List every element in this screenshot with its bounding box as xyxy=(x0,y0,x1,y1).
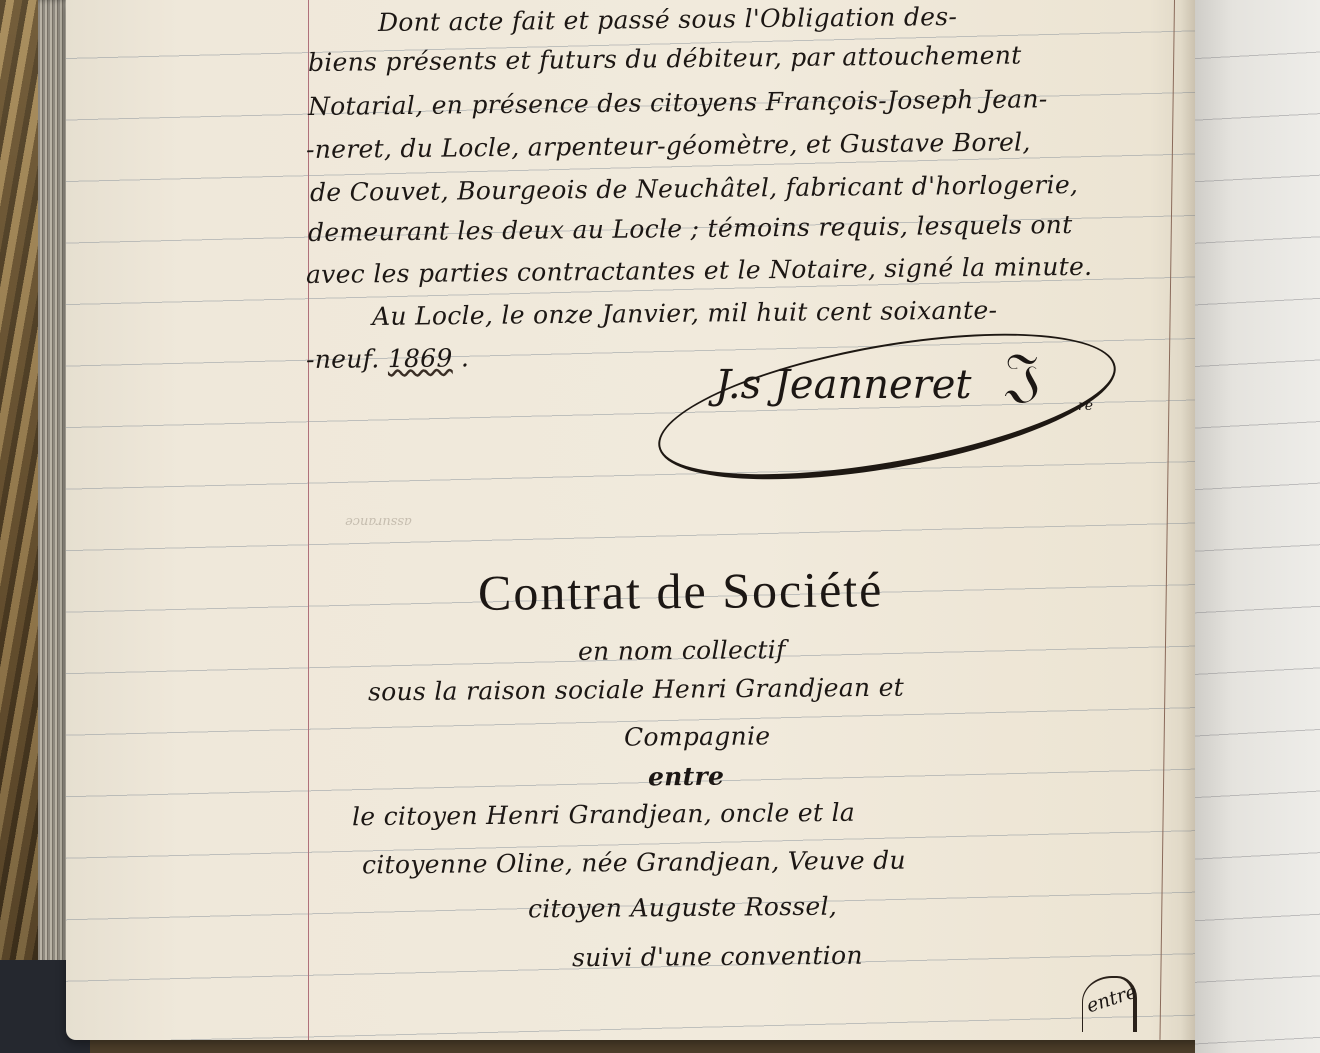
year-flourish: 1869 xyxy=(388,343,453,373)
paraph-monogram-icon: 𝔍 xyxy=(1005,340,1041,409)
signature-suffix: re xyxy=(1078,398,1093,414)
party-line-3: citoyen Auguste Rossel, xyxy=(528,892,837,924)
faint-marginal-note: assurance xyxy=(345,514,412,529)
party-line-1: le citoyen Henri Grandjean, oncle et la xyxy=(352,798,855,831)
date-prefix: -neuf. xyxy=(306,344,380,374)
act-title: Contrat de Société xyxy=(478,560,884,622)
right-page xyxy=(1195,0,1320,1053)
act-subtitle-line-2: sous la raison sociale Henri Grandjean e… xyxy=(368,673,904,707)
closing-line-1: Dont acte fait et passé sous l'Obligatio… xyxy=(378,2,957,37)
act-subtitle-line-3: Compagnie xyxy=(624,721,771,751)
party-line-2: citoyenne Oline, née Grandjean, Veuve du xyxy=(362,846,906,880)
photo-scene: assurance Dont acte fait et passé sous l… xyxy=(0,0,1320,1053)
ruled-lines-right xyxy=(1195,0,1320,1053)
act-entre: entre xyxy=(648,762,724,792)
date-suffix: . xyxy=(461,343,470,372)
act-subtitle-line-1: en nom collectif xyxy=(578,635,786,666)
date-line-2: -neuf. 1869 . xyxy=(306,343,469,374)
notary-signature: J.s Jeanneret xyxy=(715,362,972,408)
convention-line: suivi d'une convention xyxy=(572,941,863,973)
